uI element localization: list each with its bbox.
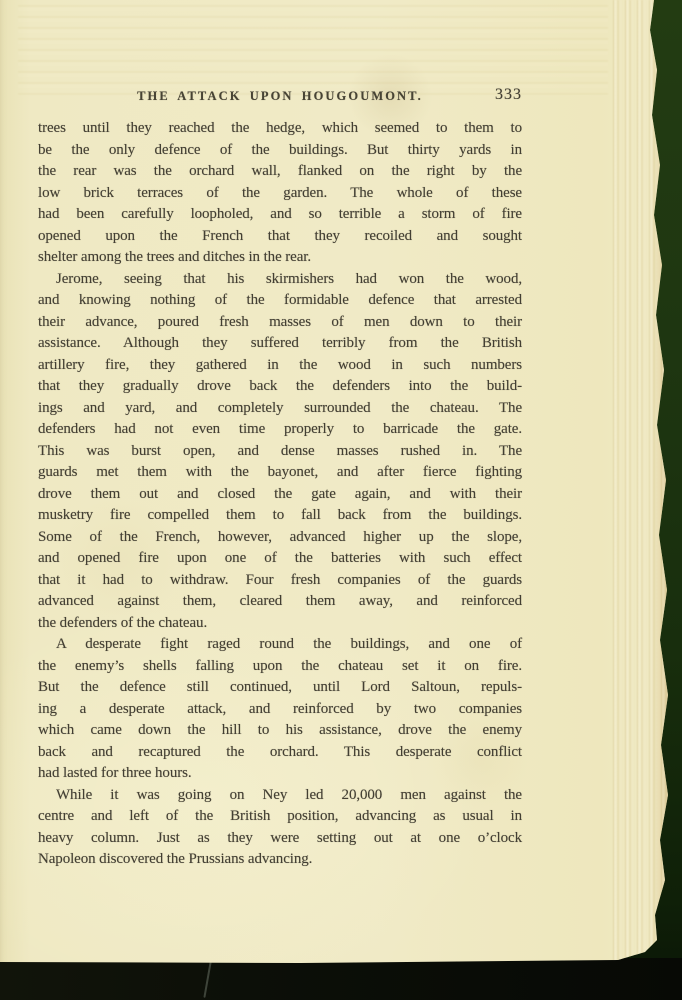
text-line: that they gradually drove back the defen… xyxy=(38,376,522,398)
scan-bottom-band xyxy=(0,958,682,1000)
text-line: ing a desperate attack, and reinforced b… xyxy=(38,699,522,721)
text-line: guards met them with the bayonet, and af… xyxy=(38,462,522,484)
text-line: had been carefully loopholed, and so ter… xyxy=(38,204,522,226)
text-line: But the defence still continued, until L… xyxy=(38,677,522,699)
text-line: centre and left of the British position,… xyxy=(38,806,522,828)
running-header-title: THE ATTACK UPON HOUGOUMONT. xyxy=(38,86,522,104)
text-line: A desperate fight raged round the buildi… xyxy=(38,634,522,656)
text-line: and knowing nothing of the formidable de… xyxy=(38,290,522,312)
text-line: that it had to withdraw. Four fresh comp… xyxy=(38,570,522,592)
text-line: which came down the hill to his assistan… xyxy=(38,720,522,742)
paragraph-3: A desperate fight raged round the buildi… xyxy=(38,634,522,785)
page-content: THE ATTACK UPON HOUGOUMONT. 333 trees un… xyxy=(38,86,522,871)
text-line: artillery fire, they gathered in the woo… xyxy=(38,355,522,377)
text-line: This was burst open, and dense masses ru… xyxy=(38,441,522,463)
text-line: and opened fire upon one of the batterie… xyxy=(38,548,522,570)
text-line: Jerome, seeing that his skirmishers had … xyxy=(38,269,522,291)
paragraph-2: Jerome, seeing that his skirmishers had … xyxy=(38,269,522,635)
paragraph-1: trees until they reached the hedge, whic… xyxy=(38,118,522,269)
text-line: the enemy’s shells falling upon the chat… xyxy=(38,656,522,678)
paragraph-4: While it was going on Ney led 20,000 men… xyxy=(38,785,522,871)
text-line: shelter among the trees and ditches in t… xyxy=(38,247,522,269)
text-line: low brick terraces of the garden. The wh… xyxy=(38,183,522,205)
text-line: had lasted for three hours. xyxy=(38,763,522,785)
text-line: heavy column. Just as they were setting … xyxy=(38,828,522,850)
text-line: Napoleon discovered the Prussians advanc… xyxy=(38,849,522,871)
text-line: back and recaptured the orchard. This de… xyxy=(38,742,522,764)
text-line: trees until they reached the hedge, whic… xyxy=(38,118,522,140)
text-line: drove them out and closed the gate again… xyxy=(38,484,522,506)
text-line: their advance, poured fresh masses of me… xyxy=(38,312,522,334)
page-number: 333 xyxy=(495,86,522,104)
text-line: ings and yard, and completely surrounded… xyxy=(38,398,522,420)
text-line: assistance. Although they suffered terri… xyxy=(38,333,522,355)
book-page: THE ATTACK UPON HOUGOUMONT. 333 trees un… xyxy=(0,0,682,1000)
text-line: opened upon the French that they recoile… xyxy=(38,226,522,248)
body-text: trees until they reached the hedge, whic… xyxy=(38,118,522,871)
text-line: the rear was the orchard wall, flanked o… xyxy=(38,161,522,183)
text-line: Some of the French, however, advanced hi… xyxy=(38,527,522,549)
text-line: be the only defence of the buildings. Bu… xyxy=(38,140,522,162)
book-scan: THE ATTACK UPON HOUGOUMONT. 333 trees un… xyxy=(0,0,682,1000)
text-line: musketry fire compelled them to fall bac… xyxy=(38,505,522,527)
text-line: While it was going on Ney led 20,000 men… xyxy=(38,785,522,807)
running-header: THE ATTACK UPON HOUGOUMONT. 333 xyxy=(38,86,522,106)
text-line: defenders had not even time properly to … xyxy=(38,419,522,441)
text-line: the defenders of the chateau. xyxy=(38,613,522,635)
text-line: advanced against them, cleared them away… xyxy=(38,591,522,613)
